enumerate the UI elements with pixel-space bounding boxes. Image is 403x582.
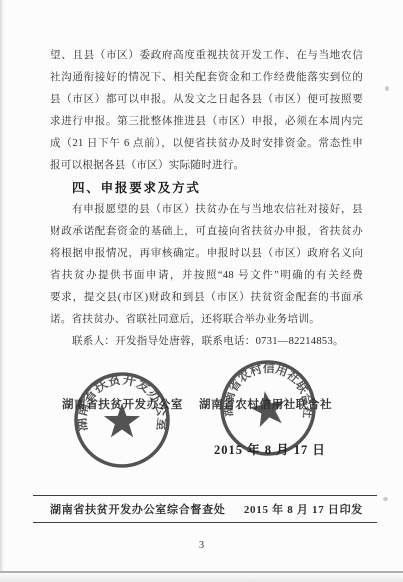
document-body: 望、且县（市区）委政府高度重视扶贫开发工作、在与当地农信社沟通衔接好的情况下、相… xyxy=(50,45,363,353)
scan-edge-left xyxy=(0,0,4,582)
text-line: 报可以根据各县（市区）实际随时进行。 xyxy=(50,155,363,177)
scanned-document-page: 望、且县（市区）委政府高度重视扶贫开发工作、在与当地农信社沟通衔接好的情况下、相… xyxy=(0,0,403,582)
page-number: 3 xyxy=(0,540,403,551)
text-line: 求进行申报。第三批整体推进县（市区）申报，必须在本周内完 xyxy=(50,111,363,133)
text-line: 财政承诺配套资金的基础上，可直接向省扶贫办申报，省扶贫办 xyxy=(50,221,363,243)
scan-edge-bottom-band xyxy=(0,573,403,582)
footer-rule-top xyxy=(33,495,377,496)
text-line: 诺。省扶贫办、省联社同意后，还将联合举办业务培训。 xyxy=(50,309,363,331)
text-line: 要求，提交县(市区)财政和到县（市区）扶贫资金配套的书面承 xyxy=(50,287,363,309)
colophon: 湖南省扶贫开发办公室综合督查处 2015 年 8 月 17 日印发 xyxy=(50,501,363,517)
contact-line: 联系人：开发指导处唐蓉，联系电话：0731—82214853。 xyxy=(50,331,363,353)
section-heading: 四、申报要求及方式 xyxy=(50,177,363,199)
text-line: 社沟通衔接好的情况下、相关配套资金和工作经费能落实到位的 xyxy=(50,67,363,89)
scan-speck xyxy=(383,497,388,501)
text-line: 成（21 日下午 6 点前），以便省扶贫办及时安排资金。常态性申 xyxy=(50,133,363,155)
text-line: 县（市区）都可以申报。从发文之日起各县（市区）便可按照要 xyxy=(50,89,363,111)
seal-star xyxy=(104,403,140,437)
text-line: 将根据申报情况，再审核确定。申报时以县（市区）政府名义向 xyxy=(50,243,363,265)
signature-date: 2015 年 8 月 17 日 xyxy=(214,440,326,458)
seal-star xyxy=(247,388,289,428)
official-seal-left: 湖南省扶贫开发办公室 xyxy=(73,371,171,469)
text-line: 有申报愿望的县（市区）扶贫办在与当地农信社对接好，县 xyxy=(50,199,363,221)
paragraph-continuation: 望、且县（市区）委政府高度重视扶贫开发工作、在与当地农信社沟通衔接好的情况下、相… xyxy=(50,45,363,177)
footer-print-date: 2015 年 8 月 17 日印发 xyxy=(244,501,363,517)
text-line: 望、且县（市区）委政府高度重视扶贫开发工作、在与当地农信 xyxy=(50,45,363,67)
scan-speck xyxy=(385,86,389,91)
footer-rule-bottom xyxy=(33,522,377,523)
footer-issuer: 湖南省扶贫开发办公室综合督查处 xyxy=(50,501,226,517)
text-line: 省扶贫办提供书面申请，并按照“48 号文件”明确的有关经费 xyxy=(50,265,363,287)
paragraph-application: 有申报愿望的县（市区）扶贫办在与当地农信社对接好，县财政承诺配套资金的基础上，可… xyxy=(50,199,363,331)
